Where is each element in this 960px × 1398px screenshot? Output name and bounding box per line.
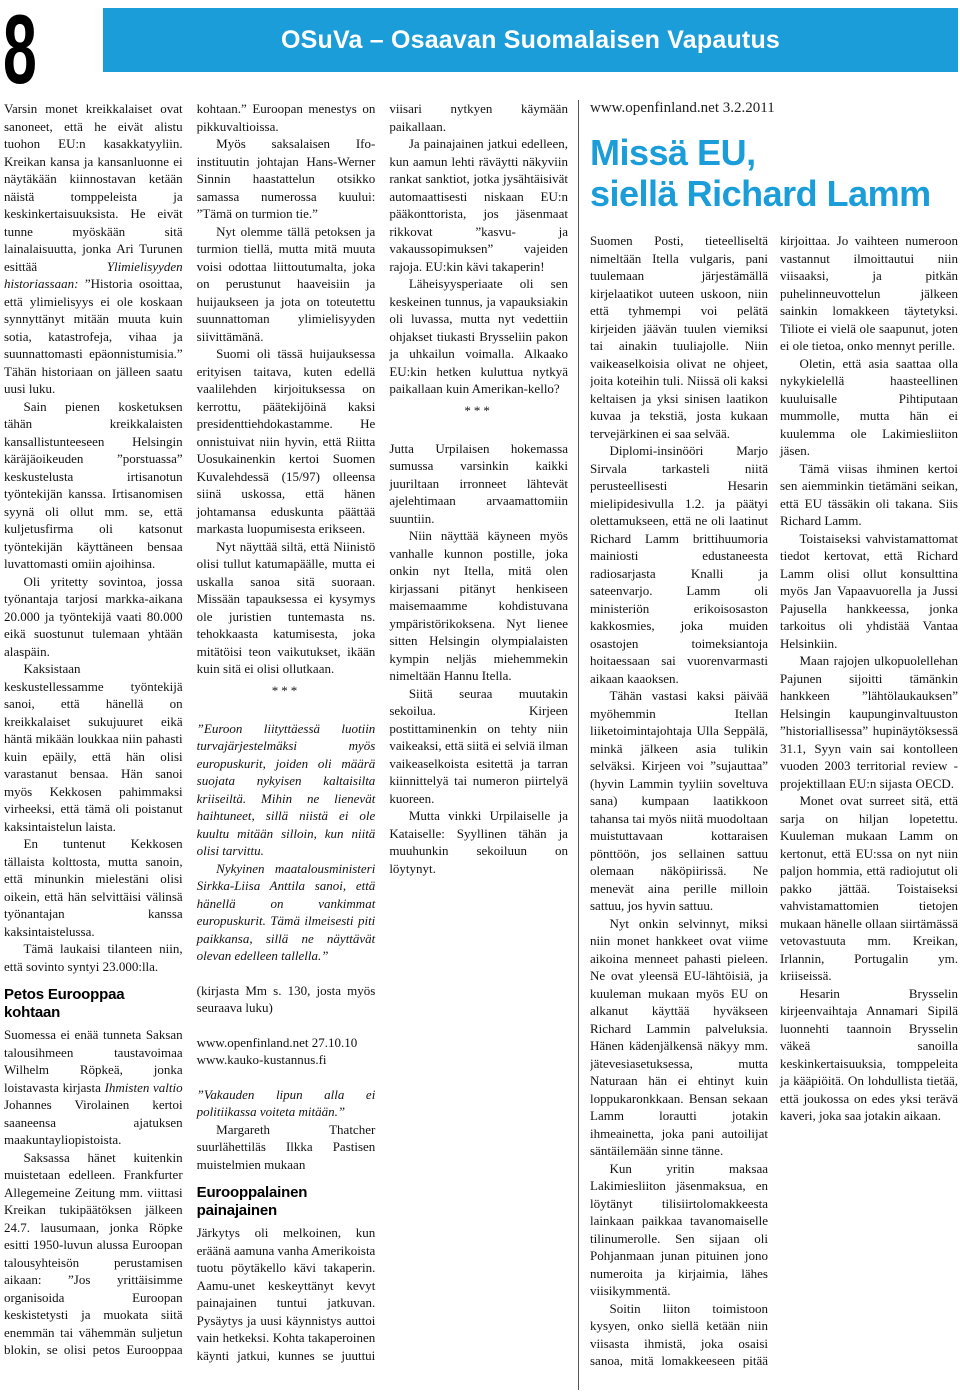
paragraph: Mutta vinkki Urpilaiselle ja Kataiselle:… [389, 807, 568, 877]
paragraph: Sain pienen kosketuksen tähän kreikkalai… [4, 398, 183, 573]
section-separator: *** [197, 683, 376, 699]
paragraph: (kirjasta Mm s. 130, josta myös seuraava… [197, 982, 376, 1017]
paragraph: Siitä seuraa muutakin sekoilua. Kirjeen … [389, 685, 568, 808]
paragraph: Jutta Urpilaisen hokemassa sumussa varsi… [389, 440, 568, 528]
paragraph: Nyt onkin selvinnyt, miksi niin monet ha… [590, 915, 768, 1160]
paragraph: Margareth Thatcher suurlähettiläs Ilkka … [197, 1121, 376, 1174]
paragraph: Monet ovat surreet sitä, että sarja on h… [780, 792, 958, 985]
paragraph: Varsin monet kreikkalaiset ovat sanoneet… [4, 100, 183, 398]
article-headline: Missä EU, siellä Richard Lamm [590, 132, 958, 214]
paragraph: Diplomi-insinööri Marjo Sirvala tarkaste… [590, 442, 768, 687]
left-article: Varsin monet kreikkalaiset ovat sanoneet… [4, 100, 568, 1392]
paragraph: Kun yritin maksaa Lakimiesliiton jäsenma… [590, 1160, 768, 1300]
right-article: www.openfinland.net 3.2.2011 Missä EU, s… [590, 98, 958, 1394]
paragraph: ”Euroon liityttäessä luotiin turvajärjes… [197, 720, 376, 860]
paragraph: Nykyinen maatalousministeri Sirkka-Liisa… [197, 860, 376, 965]
page-number: 8 [3, 2, 37, 96]
paragraph: Tähän vastasi kaksi päivää myöhemmin Ite… [590, 687, 768, 915]
spacer [197, 1017, 376, 1034]
headline-line-1: Missä EU, [590, 132, 958, 173]
paragraph: Niin näyttää käyneen myös vanhalle kunno… [389, 527, 568, 685]
article-dateline: www.openfinland.net 3.2.2011 [590, 98, 958, 118]
paragraph: Toistaiseksi vahvistamattomat tiedot ker… [780, 530, 958, 653]
paragraph: Oletin, että asia saattaa olla nykykiele… [780, 355, 958, 460]
paragraph: Maan rajojen ulkopuolellehan Pajunen sij… [780, 652, 958, 792]
paragraph: Myös saksalaisen Ifo-instituutin johtaja… [197, 135, 376, 223]
paragraph: En tuntenut Kekkosen tällaista kolttosta… [4, 835, 183, 940]
paragraph: Nyt olemme tällä petoksen ja turmion tie… [197, 223, 376, 346]
column-divider [578, 100, 579, 1390]
spacer [197, 965, 376, 982]
paragraph: Suomen Posti, tieteelliseltä nimeltään I… [590, 232, 768, 442]
paragraph: Oli yritetty sovintoa, jossa työnantaja … [4, 573, 183, 661]
spacer [197, 1069, 376, 1086]
paragraph: Nyt näyttää siltä, että Niinistö olisi t… [197, 538, 376, 678]
paragraph: Hesarin Brysselin kirjeenvaihtaja Annama… [780, 985, 958, 1125]
newspaper-page: 8 OSuVa – Osaavan Suomalaisen Vapautus V… [0, 0, 960, 1398]
header-banner: OSuVa – Osaavan Suomalaisen Vapautus [103, 8, 958, 72]
right-article-columns: Suomen Posti, tieteelliseltä nimeltään I… [590, 232, 958, 1382]
paragraph: Ja painajainen jatkui edelleen, kun aamu… [389, 135, 568, 275]
banner-title: OSuVa – Osaavan Suomalaisen Vapautus [281, 26, 780, 55]
paragraph: www.kauko-kustannus.fi [197, 1051, 376, 1069]
paragraph: www.openfinland.net 27.10.10 [197, 1034, 376, 1052]
paragraph: Suomi oli tässä huijauksessa erityisen t… [197, 345, 376, 538]
headline-line-2: siellä Richard Lamm [590, 173, 958, 214]
paragraph: Kaksistaan keskustellessamme työntekijä … [4, 660, 183, 835]
section-heading: Petos Eurooppaa kohtaan [4, 986, 183, 1022]
paragraph: Tämä viisas ihminen kertoi sen aiemminki… [780, 460, 958, 530]
paragraph: Tämä laukaisi tilanteen niin, että sovin… [4, 940, 183, 975]
paragraph: Läheisyysperiaate oli sen keskeinen tunn… [389, 275, 568, 398]
section-heading: Eurooppalainen painajainen [197, 1184, 376, 1220]
paragraph: ”Vakauden lipun alla ei politiikassa voi… [197, 1086, 376, 1121]
section-separator: *** [389, 403, 568, 419]
paragraph: Suomessa ei enää tunneta Saksan talousih… [4, 1026, 183, 1149]
